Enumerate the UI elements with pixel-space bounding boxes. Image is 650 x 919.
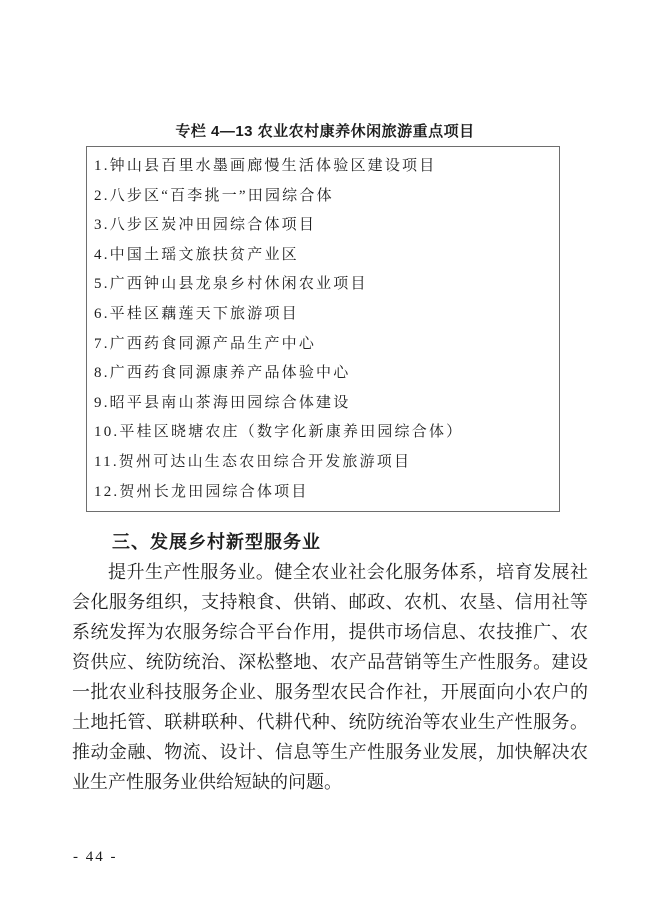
section-heading: 三、发展乡村新型服务业 — [72, 528, 588, 554]
paragraph-line: 资供应、统防统治、深松整地、农产品营销等生产性服务。建设 — [72, 647, 588, 677]
panel-item-10: 10.平桂区晓塘农庄（数字化新康养田园综合体） — [94, 418, 553, 448]
paragraph-line: 一批农业科技服务企业、服务型农民合作社，开展面向小农户的 — [72, 677, 588, 707]
project-list-panel: 1.钟山县百里水墨画廊慢生活体验区建设项目 2.八步区“百李挑一”田园综合体 3… — [86, 146, 560, 512]
panel-item-2: 2.八步区“百李挑一”田园综合体 — [94, 182, 553, 212]
panel-title: 专栏 4—13 农业农村康养休闲旅游重点项目 — [0, 120, 650, 141]
panel-item-1: 1.钟山县百里水墨画廊慢生活体验区建设项目 — [94, 152, 553, 182]
panel-item-11: 11.贺州可达山生态农田综合开发旅游项目 — [94, 448, 553, 478]
paragraph-line: 土地托管、联耕联种、代耕代种、统防统治等农业生产性服务。 — [72, 707, 588, 737]
paragraph-line: 提升生产性服务业。健全农业社会化服务体系，培育发展社 — [72, 557, 588, 587]
panel-item-8: 8.广西药食同源康养产品体验中心 — [94, 359, 553, 389]
paragraph-line: 会化服务组织，支持粮食、供销、邮政、农机、农垦、信用社等 — [72, 587, 588, 617]
panel-item-3: 3.八步区炭冲田园综合体项目 — [94, 211, 553, 241]
panel-item-12: 12.贺州长龙田园综合体项目 — [94, 478, 553, 508]
panel-item-6: 6.平桂区藕莲天下旅游项目 — [94, 300, 553, 330]
paragraph-line: 系统发挥为农服务综合平台作用，提供市场信息、农技推广、农 — [72, 617, 588, 647]
paragraph-line: 业生产性服务业供给短缺的问题。 — [72, 767, 588, 797]
panel-item-5: 5.广西钟山县龙泉乡村休闲农业项目 — [94, 270, 553, 300]
panel-item-9: 9.昭平县南山茶海田园综合体建设 — [94, 389, 553, 419]
paragraph-line: 推动金融、物流、设计、信息等生产性服务业发展，加快解决农 — [72, 737, 588, 767]
panel-item-4: 4.中国土瑶文旅扶贫产业区 — [94, 241, 553, 271]
page-number: - 44 - — [73, 849, 118, 866]
panel-item-7: 7.广西药食同源产品生产中心 — [94, 330, 553, 360]
document-page: 专栏 4—13 农业农村康养休闲旅游重点项目 1.钟山县百里水墨画廊慢生活体验区… — [0, 0, 650, 919]
body-paragraph: 提升生产性服务业。健全农业社会化服务体系，培育发展社 会化服务组织，支持粮食、供… — [72, 557, 588, 797]
